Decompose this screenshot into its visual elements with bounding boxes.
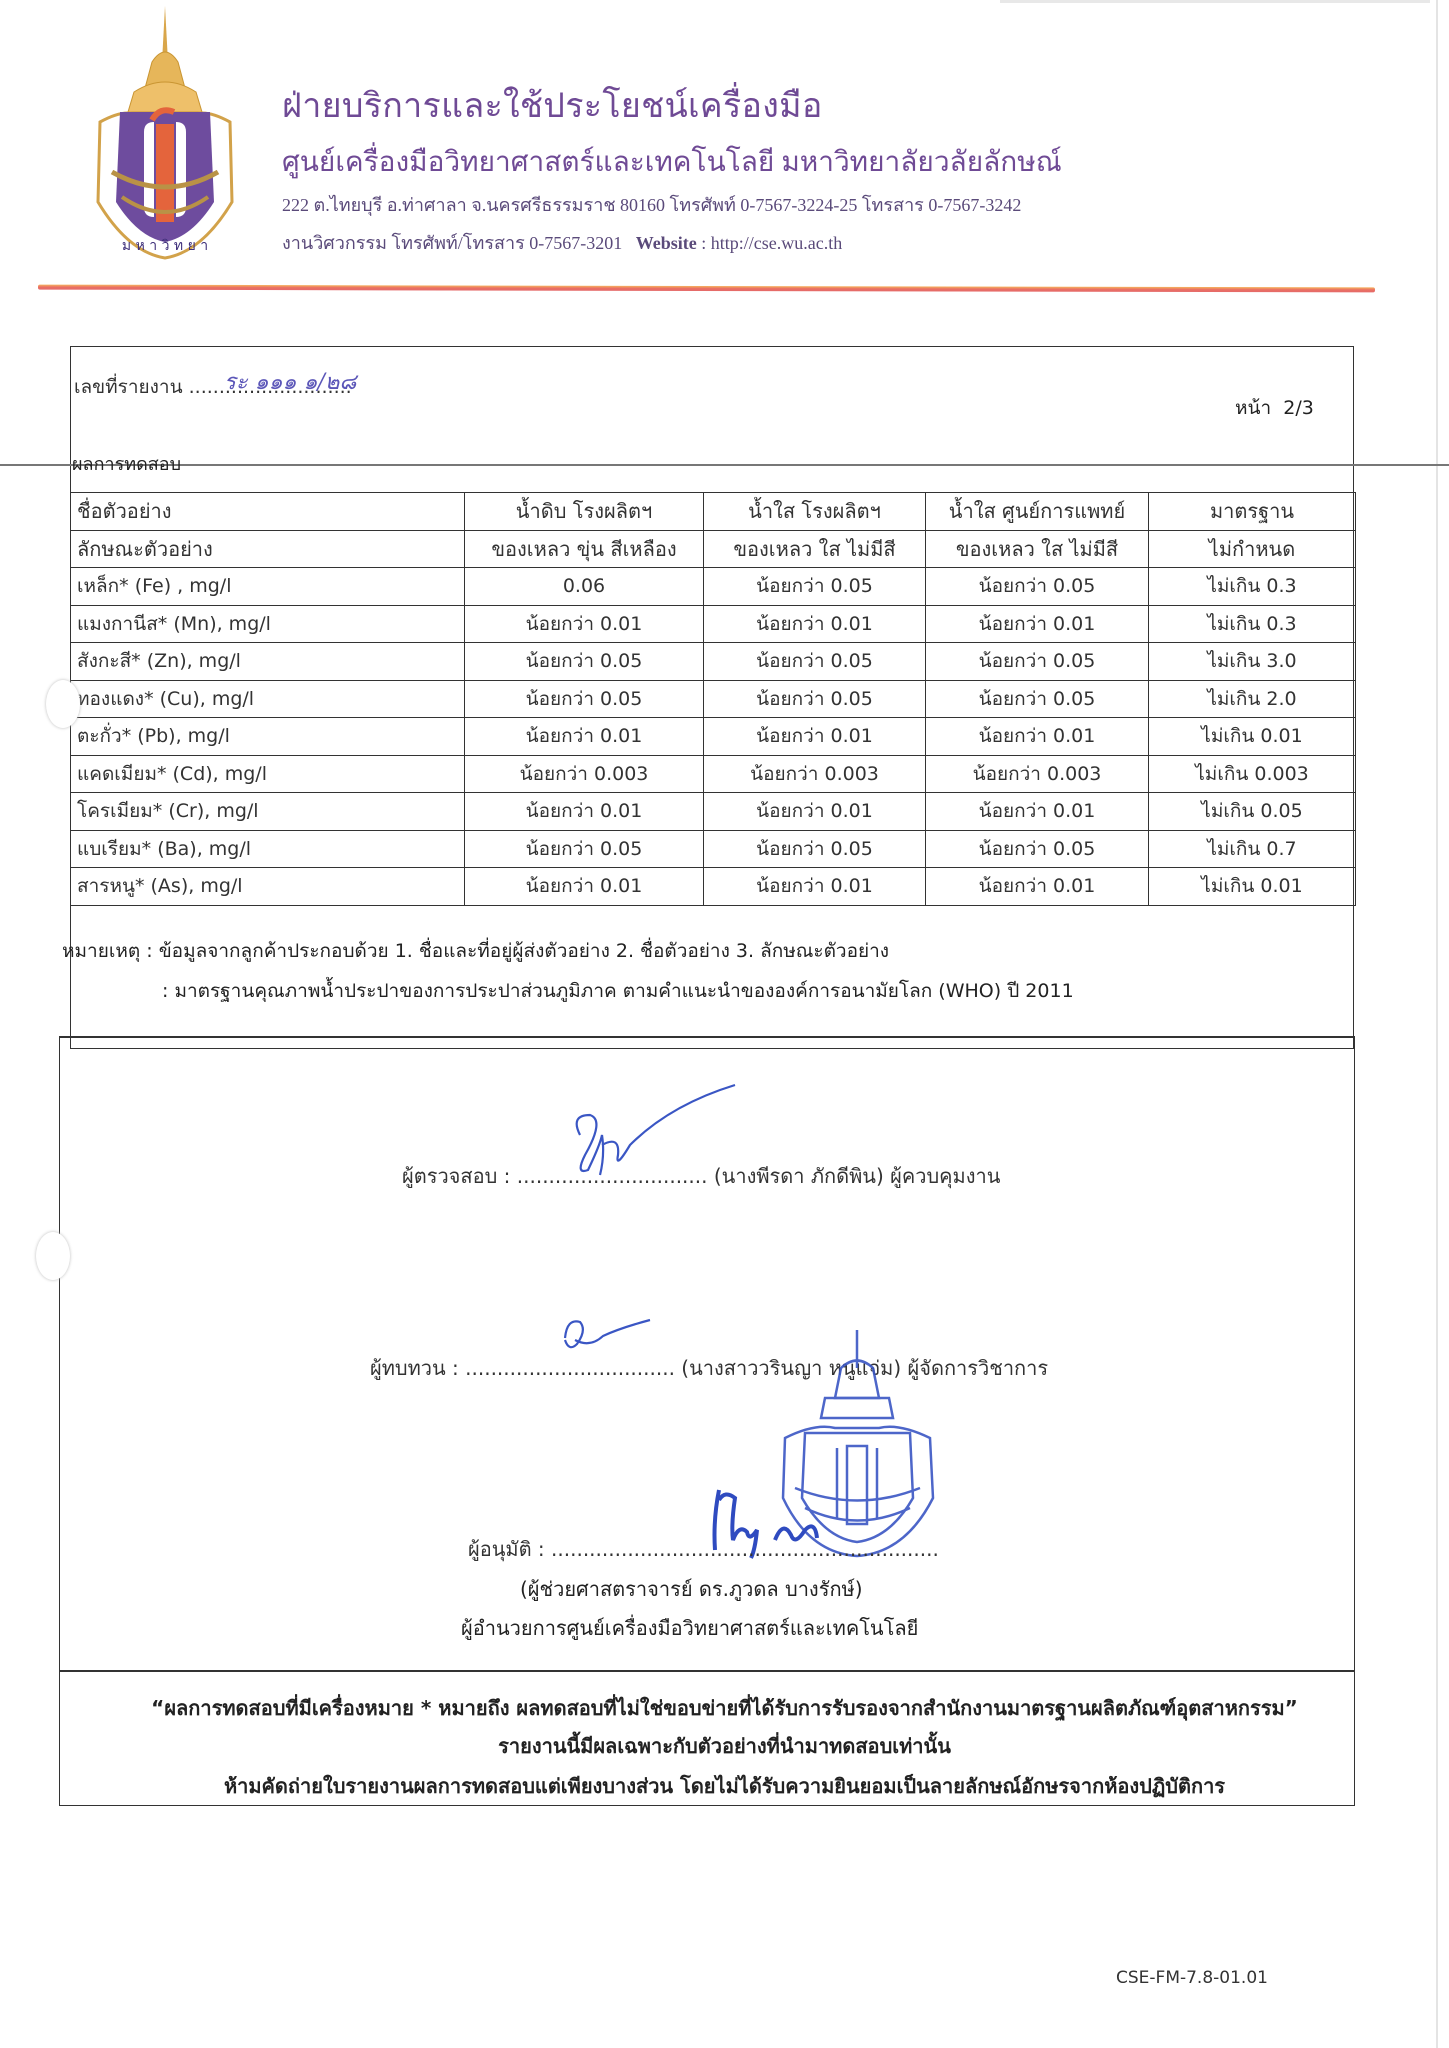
standard-limit: ไม่เกิน 0.003 [1149, 755, 1356, 793]
result-value: น้อยกว่า 0.003 [704, 755, 926, 793]
contact-line: งานวิศวกรรม โทรศัพท์/โทรสาร 0-7567-3201 … [282, 228, 842, 257]
column-header: น้ำใส ศูนย์การแพทย์ [926, 493, 1149, 531]
form-code: CSE-FM-7.8-01.01 [1116, 1968, 1268, 1988]
header-divider [38, 285, 1375, 293]
result-value: น้อยกว่า 0.01 [926, 605, 1149, 643]
standard-limit: ไม่เกิน 3.0 [1149, 643, 1356, 681]
table-row: แบเรียม* (Ba), mg/lน้อยกว่า 0.05น้อยกว่า… [71, 830, 1356, 868]
scan-artifact-line [0, 464, 1449, 466]
result-value: น้อยกว่า 0.05 [704, 680, 926, 718]
result-value: น้อยกว่า 0.01 [465, 605, 704, 643]
table-row: ทองแดง* (Cu), mg/lน้อยกว่า 0.05น้อยกว่า … [71, 680, 1356, 718]
sample-name-label: ชื่อตัวอย่าง [71, 493, 465, 531]
approver-line: ผู้อนุมัติ : ...........................… [468, 1533, 939, 1565]
university-crest-icon: ม ห า วิ ท ย า [82, 2, 248, 260]
standard-limit: ไม่เกิน 0.3 [1149, 605, 1356, 643]
result-value: น้อยกว่า 0.01 [465, 718, 704, 756]
result-value: น้อยกว่า 0.01 [465, 868, 704, 906]
scope-disclaimer: รายงานนี้มีผลเฉพาะกับตัวอย่างที่นำมาทดสอ… [0, 1730, 1449, 1762]
approver-name: (ผู้ช่วยศาสตราจารย์ ดร.ภูวดล บางรักษ์) [520, 1573, 863, 1605]
website-label: Website [636, 233, 697, 253]
standard-limit: ไม่เกิน 0.3 [1149, 568, 1356, 606]
report-number-handwritten: ระ ๑๑๑ ๑/๒๘ [224, 364, 356, 399]
standard-limit: ไม่เกิน 0.7 [1149, 830, 1356, 868]
column-header: มาตรฐาน [1149, 493, 1356, 531]
parameter-name: สังกะสี* (Zn), mg/l [71, 643, 465, 681]
inspector-name: (นางพีรดา ภักดีพิน) ผู้ควบคุมงาน [708, 1164, 1001, 1188]
footer-divider [60, 1670, 1354, 1672]
result-value: น้อยกว่า 0.05 [704, 643, 926, 681]
address-line: 222 ต.ไทยบุรี อ.ท่าศาลา จ.นครศรีธรรมราช … [282, 190, 1021, 219]
column-header: น้ำดิบ โรงผลิตฯ [465, 493, 704, 531]
note-line-1: หมายเหตุ : ข้อมูลจากลูกค้าประกอบด้วย 1. … [62, 936, 889, 966]
result-value: น้อยกว่า 0.01 [704, 718, 926, 756]
result-value: น้อยกว่า 0.01 [704, 605, 926, 643]
standard-limit: ไม่เกิน 0.01 [1149, 718, 1356, 756]
table-row: เหล็ก* (Fe) , mg/l0.06น้อยกว่า 0.05น้อยก… [71, 568, 1356, 606]
standard-limit: ไม่เกิน 0.05 [1149, 793, 1356, 831]
standard-limit: ไม่เกิน 2.0 [1149, 680, 1356, 718]
result-value: น้อยกว่า 0.05 [465, 643, 704, 681]
table-row: แมงกานีส* (Mn), mg/lน้อยกว่า 0.01น้อยกว่… [71, 605, 1356, 643]
parameter-name: แมงกานีส* (Mn), mg/l [71, 605, 465, 643]
table-row: แคดเมียม* (Cd), mg/lน้อยกว่า 0.003น้อยกว… [71, 755, 1356, 793]
parameter-name: แคดเมียม* (Cd), mg/l [71, 755, 465, 793]
result-value: น้อยกว่า 0.05 [926, 568, 1149, 606]
parameter-name: โครเมียม* (Cr), mg/l [71, 793, 465, 831]
result-value: น้อยกว่า 0.05 [465, 680, 704, 718]
result-value: น้อยกว่า 0.05 [465, 830, 704, 868]
results-title: ผลการทดสอบ [72, 449, 181, 478]
engineering-phone: งานวิศวกรรม โทรศัพท์/โทรสาร 0-7567-3201 [282, 233, 622, 253]
sample-character-label: ลักษณะตัวอย่าง [71, 530, 465, 568]
result-value: น้อยกว่า 0.003 [926, 755, 1149, 793]
result-value: น้อยกว่า 0.01 [926, 793, 1149, 831]
result-value: 0.06 [465, 568, 704, 606]
result-value: น้อยกว่า 0.05 [704, 830, 926, 868]
sample-character: ของเหลว ใส ไม่มีสี [704, 530, 926, 568]
svg-text:ม ห า วิ ท ย า: ม ห า วิ ท ย า [122, 238, 208, 254]
approver-title: ผู้อำนวยการศูนย์เครื่องมือวิทยาศาสตร์และ… [461, 1612, 918, 1644]
note-line-2: : มาตรฐานคุณภาพน้ำประปาของการประปาส่วนภู… [162, 976, 1074, 1006]
page-indicator: หน้า 2/3 [1235, 393, 1314, 423]
reviewer-line: ผู้ทบทวน : .............................… [370, 1352, 1048, 1384]
inspector-line: ผู้ตรวจสอบ : ...........................… [402, 1160, 1000, 1192]
table-row: โครเมียม* (Cr), mg/lน้อยกว่า 0.01น้อยกว่… [71, 793, 1356, 831]
website-separator: : [701, 233, 706, 253]
parameter-name: แบเรียม* (Ba), mg/l [71, 830, 465, 868]
result-value: น้อยกว่า 0.01 [465, 793, 704, 831]
standard-limit: ไม่เกิน 0.01 [1149, 868, 1356, 906]
parameter-name: ทองแดง* (Cu), mg/l [71, 680, 465, 718]
sample-character-row: ลักษณะตัวอย่าง ของเหลว ขุ่น สีเหลือง ของ… [71, 530, 1356, 568]
parameter-name: สารหนู* (As), mg/l [71, 868, 465, 906]
punch-hole [46, 680, 80, 728]
website-link[interactable]: http://cse.wu.ac.th [711, 233, 842, 253]
result-value: น้อยกว่า 0.01 [704, 868, 926, 906]
department-title: ฝ่ายบริการและใช้ประโยชน์เครื่องมือ [282, 78, 823, 132]
copy-restriction: ห้ามคัดถ่ายใบรายงานผลการทดสอบแต่เพียงบาง… [0, 1770, 1449, 1802]
table-row: สารหนู* (As), mg/lน้อยกว่า 0.01น้อยกว่า … [71, 868, 1356, 906]
result-value: น้อยกว่า 0.003 [465, 755, 704, 793]
result-value: น้อยกว่า 0.05 [926, 680, 1149, 718]
result-value: น้อยกว่า 0.05 [704, 568, 926, 606]
sample-character: ไม่กำหนด [1149, 530, 1356, 568]
sample-character: ของเหลว ใส ไม่มีสี [926, 530, 1149, 568]
column-header: น้ำใส โรงผลิตฯ [704, 493, 926, 531]
table-row: สังกะสี* (Zn), mg/lน้อยกว่า 0.05น้อยกว่า… [71, 643, 1356, 681]
result-value: น้อยกว่า 0.05 [926, 830, 1149, 868]
parameter-name: เหล็ก* (Fe) , mg/l [71, 568, 465, 606]
accreditation-disclaimer: “ผลการทดสอบที่มีเครื่องหมาย * หมายถึง ผล… [0, 1692, 1449, 1724]
result-value: น้อยกว่า 0.01 [926, 868, 1149, 906]
page-number: 2/3 [1283, 397, 1314, 419]
result-value: น้อยกว่า 0.01 [926, 718, 1149, 756]
page-edge-top [1000, 0, 1430, 3]
parameter-name: ตะกั่ว* (Pb), mg/l [71, 718, 465, 756]
result-value: น้อยกว่า 0.01 [704, 793, 926, 831]
center-name: ศูนย์เครื่องมือวิทยาศาสตร์และเทคโนโลยี ม… [282, 140, 1062, 184]
inspector-label: ผู้ตรวจสอบ : ...........................… [402, 1164, 708, 1188]
punch-hole [36, 1232, 70, 1280]
results-table: ชื่อตัวอย่าง น้ำดิบ โรงผลิตฯ น้ำใส โรงผล… [70, 492, 1356, 906]
table-row: ตะกั่ว* (Pb), mg/lน้อยกว่า 0.01น้อยกว่า … [71, 718, 1356, 756]
result-value: น้อยกว่า 0.05 [926, 643, 1149, 681]
reviewer-label: ผู้ทบทวน : .............................… [370, 1356, 675, 1380]
sample-name-row: ชื่อตัวอย่าง น้ำดิบ โรงผลิตฯ น้ำใส โรงผล… [71, 493, 1356, 531]
sample-character: ของเหลว ขุ่น สีเหลือง [465, 530, 704, 568]
